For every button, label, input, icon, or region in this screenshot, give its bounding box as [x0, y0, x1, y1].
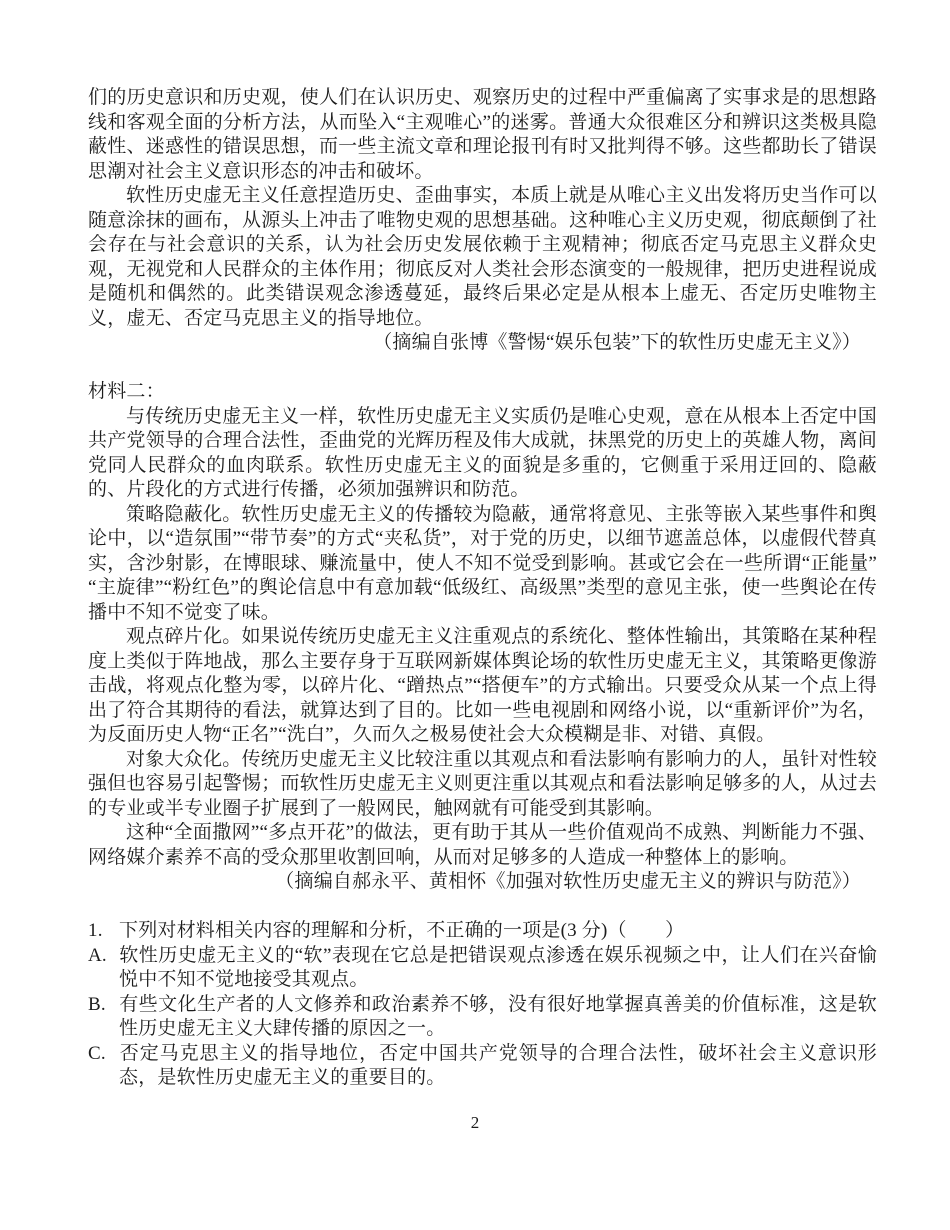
question-1-stem-text: 下列对材料相关内容的理解和分析，不正确的一项是(3 分)（ ） [119, 920, 684, 941]
question-1-option-c: C.否定马克思主义的指导地位，否定中国共产党领导的合理合法性，破坏社会主义意识形… [88, 1042, 877, 1091]
question-1-stem: 1.下列对材料相关内容的理解和分析，不正确的一项是(3 分)（ ） [88, 919, 877, 944]
page-number: 2 [0, 1113, 950, 1133]
question-1: 1.下列对材料相关内容的理解和分析，不正确的一项是(3 分)（ ） A.软性历史… [88, 919, 877, 1091]
option-a-label: A. [88, 944, 119, 969]
question-1-number: 1. [88, 919, 119, 944]
material2-paragraph-2: 策略隐蔽化。软性历史虚无主义的传播较为隐蔽，通常将意见、主张等嵌入某些事件和舆论… [88, 503, 877, 626]
exam-text-body: 们的历史意识和历史观，使人们在认识历史、观察历史的过程中严重偏离了实事求是的思想… [88, 86, 877, 1091]
question-1-option-a: A.软性历史虚无主义的“软”表现在它总是把错误观点渗透在娱乐视频之中，让人们在兴… [88, 944, 877, 993]
material2-paragraph-4: 对象大众化。传统历史虚无主义比较注重以其观点和看法影响有影响力的人，虽针对性较强… [88, 748, 877, 822]
option-c-text: 否定马克思主义的指导地位，否定中国共产党领导的合理合法性，破坏社会主义意识形态，… [119, 1043, 877, 1089]
material2-paragraph-1: 与传统历史虚无主义一样，软性历史虚无主义实质仍是唯心史观，意在从根本上否定中国共… [88, 405, 877, 503]
option-c-label: C. [88, 1042, 119, 1067]
option-b-text: 有些文化生产者的人文修养和政治素养不够，没有很好地掌握真善美的价值标准，这是软性… [119, 994, 877, 1040]
material2-citation: （摘编自郝永平、黄相怀《加强对软性历史虚无主义的辨识与防范》） [88, 870, 877, 895]
question-1-option-b: B.有些文化生产者的人文修养和政治素养不够，没有很好地掌握真善美的价值标准，这是… [88, 993, 877, 1042]
material1-paragraph: 软性历史虚无主义任意捏造历史、歪曲事实，本质上就是从唯心主义出发将历史当作可以随… [88, 184, 877, 331]
material2-paragraph-5: 这种“全面撒网”“多点开花”的做法，更有助于其从一些价值观尚不成熟、判断能力不强… [88, 821, 877, 870]
option-a-text: 软性历史虚无主义的“软”表现在它总是把错误观点渗透在娱乐视频之中，让人们在兴奋愉… [119, 945, 877, 991]
material1-citation: （摘编自张博《警惕“娱乐包装”下的软性历史虚无主义》） [88, 331, 877, 356]
material2-paragraph-3: 观点碎片化。如果说传统历史虚无主义注重观点的系统化、整体性输出，其策略在某种程度… [88, 625, 877, 748]
material1-continuation-paragraph: 们的历史意识和历史观，使人们在认识历史、观察历史的过程中严重偏离了实事求是的思想… [88, 86, 877, 184]
document-page: 们的历史意识和历史观，使人们在认识历史、观察历史的过程中严重偏离了实事求是的思想… [0, 0, 950, 1230]
material2-heading: 材料二： [88, 380, 877, 405]
option-b-label: B. [88, 993, 119, 1018]
